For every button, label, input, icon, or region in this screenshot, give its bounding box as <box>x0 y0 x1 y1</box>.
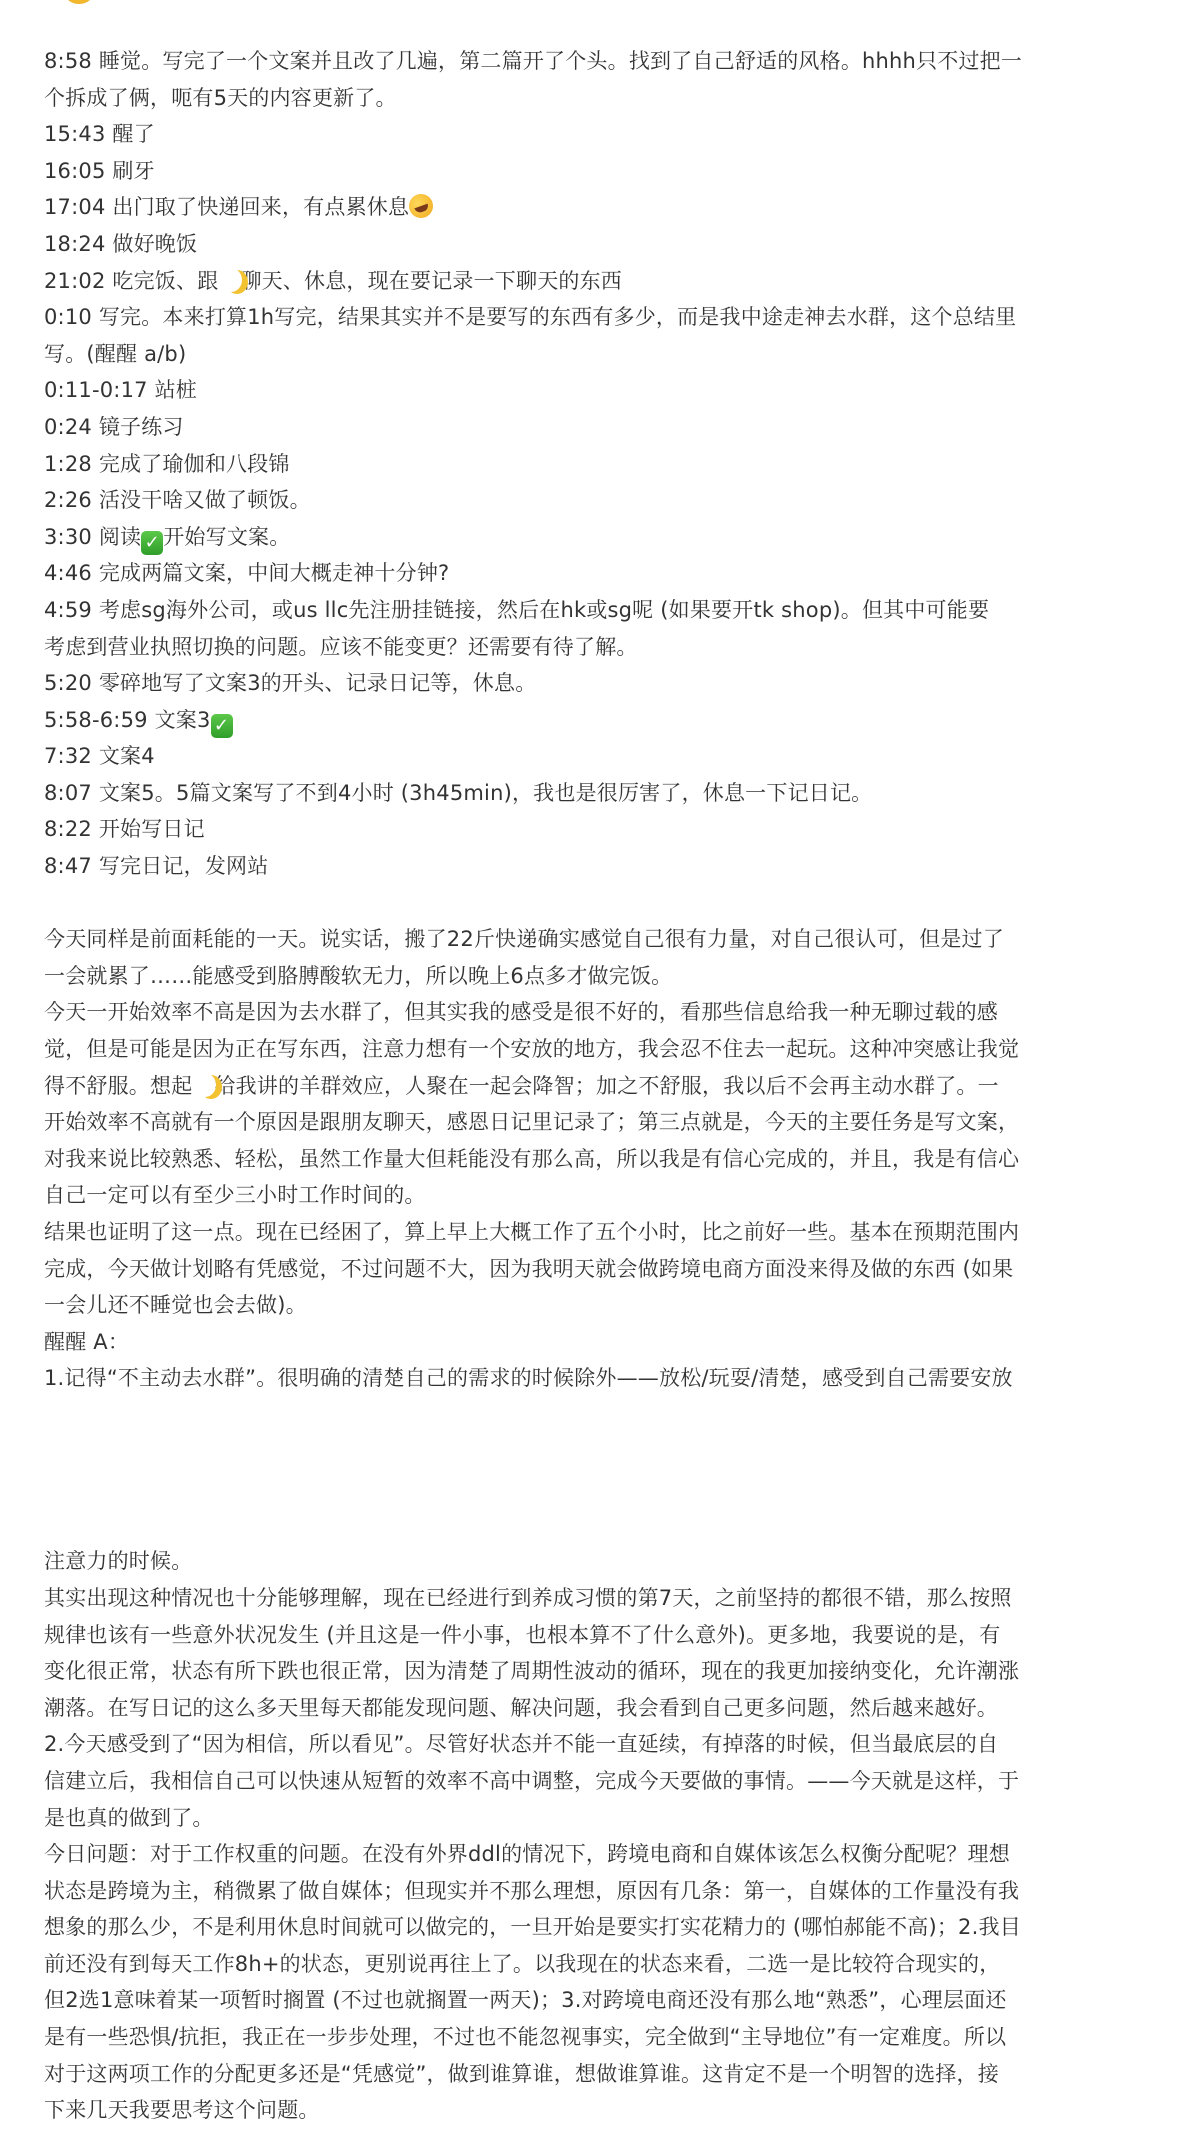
text-line: 4:59 考虑sg海外公司，或us llc先注册挂链接，然后在hk或sg呢 (如… <box>44 592 1144 629</box>
line-text: 2.今天感受到了“因为相信，所以看见”。尽管好状态并不能一直延续，有掉落的时候，… <box>44 1732 998 1756</box>
text-line: 但2选1意味着某一项暂时搁置 (不过也就搁置一两天)；3.对跨境电商还没有那么地… <box>44 1982 1144 2019</box>
text-line: 是也真的做到了。 <box>44 1800 1144 1837</box>
diary-document: 8:58 睡觉。写完了一个文案并且改了几遍，第二篇开了个头。找到了自己舒适的风格… <box>44 43 1144 2129</box>
text-line: 5:20 零碎地写了文案3的开头、记录日记等，休息。 <box>44 665 1144 702</box>
text-line: 8:58 睡觉。写完了一个文案并且改了几遍，第二篇开了个头。找到了自己舒适的风格… <box>44 43 1144 80</box>
text-line: 今日问题：对于工作权重的问题。在没有外界ddl的情况下，跨境电商和自媒体该怎么权… <box>44 1836 1144 1873</box>
text-line: 1.记得“不主动去水群”。很明确的清楚自己的需求的时候除外——放松/玩耍/清楚，… <box>44 1360 1144 1397</box>
line-text: 今天同样是前面耗能的一天。说实话，搬了22斤快递确实感觉自己很有力量，对自己很认… <box>44 927 1004 951</box>
text-line: 开始效率不高就有一个原因是跟朋友聊天，感恩日记里记录了；第三点就是，今天的主要任… <box>44 1104 1144 1141</box>
blank-line <box>44 1397 1144 1434</box>
line-text: 信建立后，我相信自己可以快速从短暂的效率不高中调整，完成今天要做的事情。——今天… <box>44 1769 1019 1793</box>
text-line: 信建立后，我相信自己可以快速从短暂的效率不高中调整，完成今天要做的事情。——今天… <box>44 1763 1144 1800</box>
line-text: 8:22 开始写日记 <box>44 817 205 841</box>
text-line: 今天同样是前面耗能的一天。说实话，搬了22斤快递确实感觉自己很有力量，对自己很认… <box>44 921 1144 958</box>
text-line: 变化很正常，状态有所下跌也很正常，因为清楚了周期性波动的循环，现在的我更加接纳变… <box>44 1653 1144 1690</box>
text-line: 8:07 文案5。5篇文案写了不到4小时 (3h45min)，我也是很厉害了，休… <box>44 775 1144 812</box>
line-text: 考虑到营业执照切换的问题。应该不能变更？还需要有待了解。 <box>44 635 638 659</box>
emoji-partial-icon <box>62 0 96 4</box>
line-text: 今日问题：对于工作权重的问题。在没有外界ddl的情况下，跨境电商和自媒体该怎么权… <box>44 1842 1010 1866</box>
line-text: 0:24 镜子练习 <box>44 415 184 439</box>
text-line: 17:04 出门取了快递回来，有点累休息 <box>44 189 1144 226</box>
line-text: 是也真的做到了。 <box>44 1806 214 1830</box>
line-text: 一会就累了……能感受到胳膊酸软无力，所以晚上6点多才做完饭。 <box>44 964 672 988</box>
text-line: 想象的那么少，不是利用休息时间就可以做完的，一旦开始是要实打实花精力的 (哪怕郝… <box>44 1909 1144 1946</box>
text-line: 觉，但是可能是因为正在写东西，注意力想有一个安放的地方，我会忍不住去一起玩。这种… <box>44 1031 1144 1068</box>
line-text: 15:43 醒了 <box>44 122 155 146</box>
text-line: 得不舒服。想起给我讲的羊群效应，人聚在一起会降智；加之不舒服，我以后不会再主动水… <box>44 1068 1144 1105</box>
line-text: 下来几天我要思考这个问题。 <box>44 2098 320 2122</box>
line-text: 18:24 做好晚饭 <box>44 232 197 256</box>
line-text: 给我讲的羊群效应，人聚在一起会降智；加之不舒服，我以后不会再主动水群了。一 <box>214 1074 998 1098</box>
line-text: 一会儿还不睡觉也会去做)。 <box>44 1293 307 1317</box>
text-line: 5:58-6:59 文案3✓ <box>44 702 1144 739</box>
crescent-moon-icon <box>218 266 240 294</box>
line-text: 得不舒服。想起 <box>44 1074 192 1098</box>
line-text: 5:20 零碎地写了文案3的开头、记录日记等，休息。 <box>44 671 536 695</box>
line-text: 对我来说比较熟悉、轻松，虽然工作量大但耗能没有那么高，所以我是有信心完成的，并且… <box>44 1147 1019 1171</box>
line-text: 规律也该有一些意外状况发生 (并且这是一件小事，也根本算不了什么意外)。更多地，… <box>44 1623 1000 1647</box>
crescent-moon-icon <box>192 1071 214 1099</box>
text-line: 16:05 刷牙 <box>44 153 1144 190</box>
line-text: 16:05 刷牙 <box>44 159 155 183</box>
line-text: 醒醒 A： <box>44 1330 129 1354</box>
line-text: 注意力的时候。 <box>44 1549 192 1573</box>
line-text: 对于这两项工作的分配更多还是“凭感觉”，做到谁算谁，想做谁算谁。这肯定不是一个明… <box>44 2062 999 2086</box>
text-line: 2.今天感受到了“因为相信，所以看见”。尽管好状态并不能一直延续，有掉落的时候，… <box>44 1726 1144 1763</box>
text-line: 考虑到营业执照切换的问题。应该不能变更？还需要有待了解。 <box>44 629 1144 666</box>
text-line: 15:43 醒了 <box>44 116 1144 153</box>
text-line: 前还没有到每天工作8h+的状态，更别说再往上了。以我现在的状态来看，二选一是比较… <box>44 1946 1144 1983</box>
line-text: 21:02 吃完饭、跟 <box>44 269 218 293</box>
text-line: 自己一定可以有至少三小时工作时间的。 <box>44 1177 1144 1214</box>
blank-line <box>44 1470 1144 1507</box>
text-line: 3:30 阅读✓开始写文案。 <box>44 519 1144 556</box>
check-mark-icon: ✓ <box>141 531 163 555</box>
check-mark-icon: ✓ <box>211 714 233 738</box>
line-text: 其实出现这种情况也十分能够理解，现在已经进行到养成习惯的第7天，之前坚持的都很不… <box>44 1586 1012 1610</box>
text-line: 状态是跨境为主，稍微累了做自媒体；但现实并不那么理想，原因有几条：第一，自媒体的… <box>44 1873 1144 1910</box>
line-text: 5:58-6:59 文案3 <box>44 708 211 732</box>
line-text: 今天一开始效率不高是因为去水群了，但其实我的感受是很不好的，看那些信息给我一种无… <box>44 1000 998 1024</box>
line-text: 3:30 阅读 <box>44 525 141 549</box>
line-text: 变化很正常，状态有所下跌也很正常，因为清楚了周期性波动的循环，现在的我更加接纳变… <box>44 1659 1019 1683</box>
text-line: 写。(醒醒 a/b) <box>44 336 1144 373</box>
text-line: 是有一些恐惧/抗拒，我正在一步步处理，不过也不能忽视事实，完全做到“主导地位”有… <box>44 2019 1144 2056</box>
line-text: 8:58 睡觉。写完了一个文案并且改了几遍，第二篇开了个头。找到了自己舒适的风格… <box>44 49 1022 73</box>
line-text: 2:26 活没干啥又做了顿饭。 <box>44 488 311 512</box>
line-text: 4:46 完成两篇文案，中间大概走神十分钟? <box>44 561 449 585</box>
text-line: 对于这两项工作的分配更多还是“凭感觉”，做到谁算谁，想做谁算谁。这肯定不是一个明… <box>44 2056 1144 2093</box>
text-line: 醒醒 A： <box>44 1324 1144 1361</box>
line-text: 是有一些恐惧/抗拒，我正在一步步处理，不过也不能忽视事实，完全做到“主导地位”有… <box>44 2025 1006 2049</box>
text-line: 注意力的时候。 <box>44 1543 1144 1580</box>
text-line: 21:02 吃完饭、跟聊天、休息，现在要记录一下聊天的东西 <box>44 263 1144 300</box>
line-text: 开始效率不高就有一个原因是跟朋友聊天，感恩日记里记录了；第三点就是，今天的主要任… <box>44 1110 1019 1134</box>
text-line: 0:10 写完。本来打算1h写完，结果其实并不是要写的东西有多少，而是我中途走神… <box>44 299 1144 336</box>
laughing-face-icon <box>406 191 437 222</box>
text-line: 结果也证明了这一点。现在已经困了，算上早上大概工作了五个小时，比之前好一些。基本… <box>44 1214 1144 1251</box>
text-line: 规律也该有一些意外状况发生 (并且这是一件小事，也根本算不了什么意外)。更多地，… <box>44 1617 1144 1654</box>
line-text: 1.记得“不主动去水群”。很明确的清楚自己的需求的时候除外——放松/玩耍/清楚，… <box>44 1366 1013 1390</box>
line-text: 8:47 写完日记，发网站 <box>44 854 268 878</box>
line-text: 个拆成了俩，呃有5天的内容更新了。 <box>44 86 397 110</box>
line-text: 完成，今天做计划略有凭感觉，不过问题不大，因为我明天就会做跨境电商方面没来得及做… <box>44 1257 1013 1281</box>
line-text: 8:07 文案5。5篇文案写了不到4小时 (3h45min)，我也是很厉害了，休… <box>44 781 872 805</box>
text-line: 个拆成了俩，呃有5天的内容更新了。 <box>44 80 1144 117</box>
text-line: 4:46 完成两篇文案，中间大概走神十分钟? <box>44 555 1144 592</box>
line-text: 4:59 考虑sg海外公司，或us llc先注册挂链接，然后在hk或sg呢 (如… <box>44 598 989 622</box>
line-text: 觉，但是可能是因为正在写东西，注意力想有一个安放的地方，我会忍不住去一起玩。这种… <box>44 1037 1019 1061</box>
line-text: 想象的那么少，不是利用休息时间就可以做完的，一旦开始是要实打实花精力的 (哪怕郝… <box>44 1915 1021 1939</box>
line-text: 开始写文案。 <box>163 525 290 549</box>
text-line: 一会就累了……能感受到胳膊酸软无力，所以晚上6点多才做完饭。 <box>44 958 1144 995</box>
line-text: 但2选1意味着某一项暂时搁置 (不过也就搁置一两天)；3.对跨境电商还没有那么地… <box>44 1988 1007 2012</box>
text-line: 完成，今天做计划略有凭感觉，不过问题不大，因为我明天就会做跨境电商方面没来得及做… <box>44 1251 1144 1288</box>
line-text: 状态是跨境为主，稍微累了做自媒体；但现实并不那么理想，原因有几条：第一，自媒体的… <box>44 1879 1019 1903</box>
line-text: 写。(醒醒 a/b) <box>44 342 186 366</box>
text-line: 下来几天我要思考这个问题。 <box>44 2092 1144 2129</box>
text-line: 7:32 文案4 <box>44 738 1144 775</box>
text-line: 1:28 完成了瑜伽和八段锦 <box>44 446 1144 483</box>
blank-line <box>44 1434 1144 1471</box>
text-line: 潮落。在写日记的这么多天里每天都能发现问题、解决问题，我会看到自己更多问题，然后… <box>44 1690 1144 1727</box>
line-text: 潮落。在写日记的这么多天里每天都能发现问题、解决问题，我会看到自己更多问题，然后… <box>44 1696 998 1720</box>
line-text: 0:10 写完。本来打算1h写完，结果其实并不是要写的东西有多少，而是我中途走神… <box>44 305 1016 329</box>
text-line: 其实出现这种情况也十分能够理解，现在已经进行到养成习惯的第7天，之前坚持的都很不… <box>44 1580 1144 1617</box>
line-text: 0:11-0:17 站桩 <box>44 378 197 402</box>
line-text: 前还没有到每天工作8h+的状态，更别说再往上了。以我现在的状态来看，二选一是比较… <box>44 1952 1000 1976</box>
text-line: 8:47 写完日记，发网站 <box>44 848 1144 885</box>
line-text: 17:04 出门取了快递回来，有点累休息 <box>44 195 409 219</box>
text-line: 0:24 镜子练习 <box>44 409 1144 446</box>
text-line: 对我来说比较熟悉、轻松，虽然工作量大但耗能没有那么高，所以我是有信心完成的，并且… <box>44 1141 1144 1178</box>
line-text: 7:32 文案4 <box>44 744 155 768</box>
text-line: 一会儿还不睡觉也会去做)。 <box>44 1287 1144 1324</box>
text-line: 0:11-0:17 站桩 <box>44 372 1144 409</box>
text-line: 2:26 活没干啥又做了顿饭。 <box>44 482 1144 519</box>
text-line: 今天一开始效率不高是因为去水群了，但其实我的感受是很不好的，看那些信息给我一种无… <box>44 994 1144 1031</box>
text-line: 18:24 做好晚饭 <box>44 226 1144 263</box>
line-text: 结果也证明了这一点。现在已经困了，算上早上大概工作了五个小时，比之前好一些。基本… <box>44 1220 1019 1244</box>
blank-line <box>44 1507 1144 1544</box>
text-line: 8:22 开始写日记 <box>44 811 1144 848</box>
line-text: 自己一定可以有至少三小时工作时间的。 <box>44 1183 426 1207</box>
line-text: 聊天、休息，现在要记录一下聊天的东西 <box>240 269 622 293</box>
line-text: 1:28 完成了瑜伽和八段锦 <box>44 452 290 476</box>
blank-line <box>44 885 1144 922</box>
